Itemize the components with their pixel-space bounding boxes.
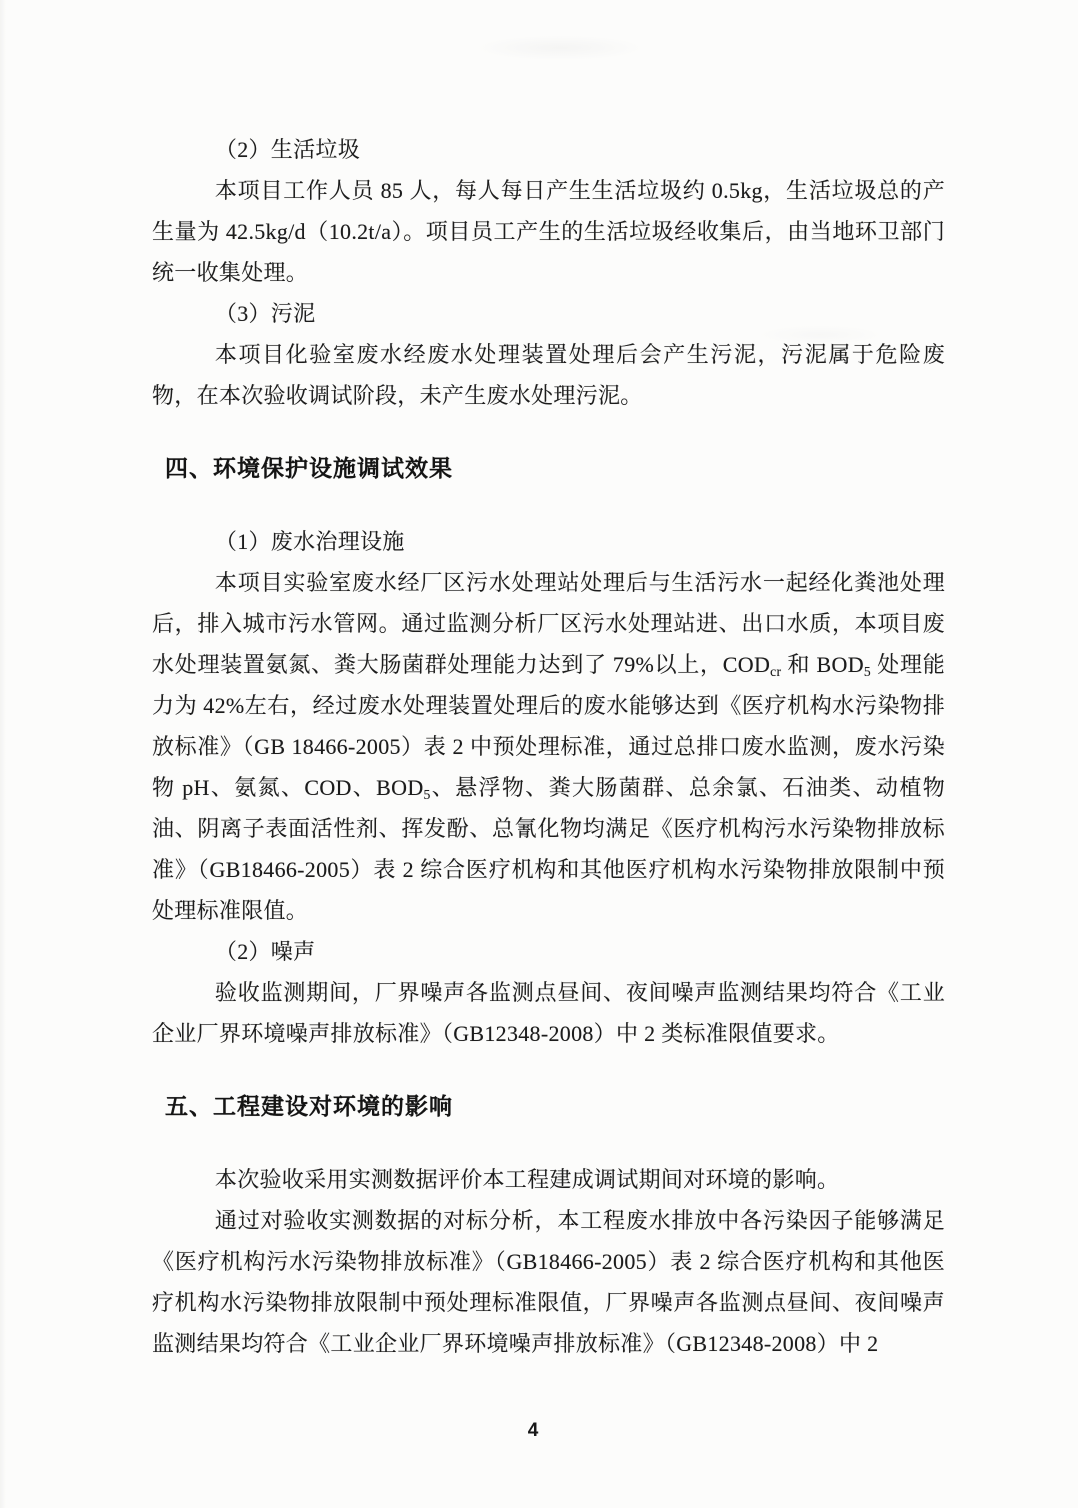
section-heading-4: 四、环境保护设施调试效果: [152, 448, 945, 489]
page-footer: 4: [0, 1420, 1078, 1442]
document-page: （2）生活垃圾本项目工作人员 85 人，每人每日产生生活垃圾约 0.5kg，生活…: [0, 0, 1078, 1508]
page-number: 4: [528, 1420, 539, 1442]
section-heading-5: 五、工程建设对环境的影响: [152, 1086, 945, 1127]
subsection-heading-sludge: （3）污泥: [152, 293, 945, 334]
paragraph-domestic-waste: 本项目工作人员 85 人，每人每日产生生活垃圾约 0.5kg，生活垃圾总的产生量…: [152, 170, 945, 293]
subsection-heading-domestic-waste: （2）生活垃圾: [152, 129, 945, 170]
document-body: （2）生活垃圾本项目工作人员 85 人，每人每日产生生活垃圾约 0.5kg，生活…: [152, 129, 945, 1364]
subsection-heading-noise: （2）噪声: [152, 931, 945, 972]
paragraph-sludge: 本项目化验室废水经废水处理装置处理后会产生污泥，污泥属于危险废物，在本次验收调试…: [152, 334, 945, 416]
paragraph-wastewater-treatment: 本项目实验室废水经厂区污水处理站处理后与生活污水一起经化粪池处理后，排入城市污水…: [152, 562, 945, 931]
paragraph-noise: 验收监测期间，厂界噪声各监测点昼间、夜间噪声监测结果均符合《工业企业厂界环境噪声…: [152, 972, 945, 1054]
subsection-heading-wastewater-treatment: （1）废水治理设施: [152, 521, 945, 562]
paragraph-impact-analysis: 通过对验收实测数据的对标分析，本工程废水排放中各污染因子能够满足《医疗机构污水污…: [152, 1200, 945, 1364]
paragraph-impact-intro: 本次验收采用实测数据评价本工程建成调试期间对环境的影响。: [152, 1159, 945, 1200]
